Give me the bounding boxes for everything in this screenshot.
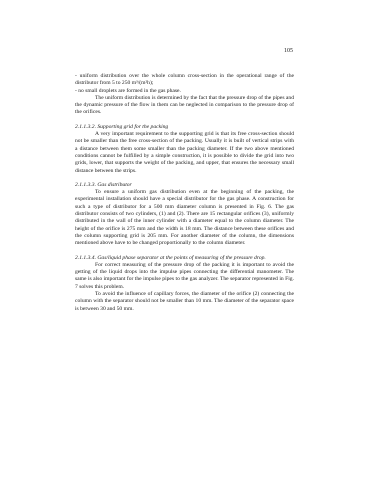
paragraph: A very important requirement to the supp… [75, 131, 294, 175]
bullet-item: - no small droplets are formed in the ga… [75, 88, 294, 95]
bullet-item: - uniform distribution over the whole co… [75, 73, 294, 88]
section-heading: 2.1.1.3.2. Supporting grid for the packi… [75, 124, 294, 131]
page-number: 105 [284, 48, 293, 54]
paragraph: The uniform distribution is determined b… [75, 95, 294, 117]
paragraph: To avoid the influence of capillary forc… [75, 291, 294, 313]
paragraph: To ensure a uniform gas distribution eve… [75, 189, 294, 247]
page-body: - uniform distribution over the whole co… [75, 73, 294, 313]
paragraph: For correct measuring of the pressure dr… [75, 262, 294, 291]
section-heading: 2.1.1.3.4. Gas/liquid phase separator at… [75, 255, 294, 262]
